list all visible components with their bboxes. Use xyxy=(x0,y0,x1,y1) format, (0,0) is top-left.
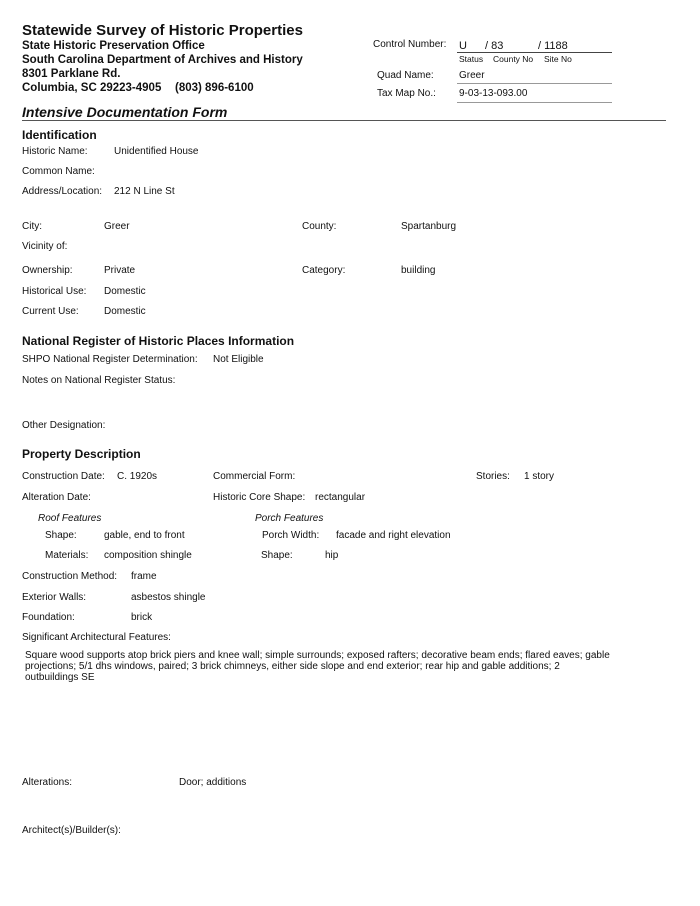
site-caption: Site No xyxy=(544,54,572,64)
roof-shape-label: Shape: xyxy=(45,530,77,541)
status-caption: Status xyxy=(459,54,483,64)
control-number-label: Control Number: xyxy=(373,39,446,50)
exterior-walls-label: Exterior Walls: xyxy=(22,592,86,603)
national-register-heading: National Register of Historic Places Inf… xyxy=(22,334,294,348)
stories-label: Stories: xyxy=(476,471,510,482)
exterior-walls-value: asbestos shingle xyxy=(131,592,206,603)
county-label: County: xyxy=(302,221,336,232)
title-divider xyxy=(22,120,666,121)
tax-map-label: Tax Map No.: xyxy=(377,88,436,99)
construction-date-label: Construction Date: xyxy=(22,471,105,482)
county-caption: County No xyxy=(493,54,533,64)
address-value: 212 N Line St xyxy=(114,186,175,197)
roof-features-heading: Roof Features xyxy=(38,513,101,524)
quad-name-label: Quad Name: xyxy=(377,70,434,81)
department-name: South Carolina Department of Archives an… xyxy=(22,53,303,67)
city-label: City: xyxy=(22,221,42,232)
control-status: U xyxy=(459,40,467,52)
county-value: Spartanburg xyxy=(401,221,456,232)
porch-width-label: Porch Width: xyxy=(262,530,319,541)
phone-number: (803) 896-6100 xyxy=(175,81,254,95)
control-number-underline xyxy=(457,52,612,53)
city-zip: Columbia, SC 29223-4905 xyxy=(22,81,161,95)
ownership-value: Private xyxy=(104,265,135,276)
porch-width-value: facade and right elevation xyxy=(336,530,451,541)
roof-materials-label: Materials: xyxy=(45,550,88,561)
tax-map-underline xyxy=(457,102,612,103)
foundation-value: brick xyxy=(131,612,152,623)
roof-materials-value: composition shingle xyxy=(104,550,192,561)
survey-title: Statewide Survey of Historic Properties xyxy=(22,22,303,39)
stories-value: 1 story xyxy=(524,471,554,482)
street-address: 8301 Parklane Rd. xyxy=(22,67,120,81)
identification-heading: Identification xyxy=(22,128,97,142)
city-value: Greer xyxy=(104,221,130,232)
quad-name-value: Greer xyxy=(459,70,485,81)
core-shape-value: rectangular xyxy=(315,492,365,503)
historical-use-label: Historical Use: xyxy=(22,286,86,297)
ownership-label: Ownership: xyxy=(22,265,73,276)
nr-notes-label: Notes on National Register Status: xyxy=(22,375,175,386)
address-label: Address/Location: xyxy=(22,186,102,197)
property-description-heading: Property Description xyxy=(22,447,141,461)
form-title: Intensive Documentation Form xyxy=(22,104,227,120)
alterations-label: Alterations: xyxy=(22,777,72,788)
significant-features-label: Significant Architectural Features: xyxy=(22,632,171,643)
current-use-label: Current Use: xyxy=(22,306,79,317)
category-value: building xyxy=(401,265,435,276)
construction-method-label: Construction Method: xyxy=(22,571,117,582)
nr-determination-label: SHPO National Register Determination: xyxy=(22,354,198,365)
roof-shape-value: gable, end to front xyxy=(104,530,185,541)
common-name-label: Common Name: xyxy=(22,166,95,177)
construction-date-value: C. 1920s xyxy=(117,471,157,482)
historical-use-value: Domestic xyxy=(104,286,146,297)
significant-features-text: Square wood supports atop brick piers an… xyxy=(25,650,615,683)
office-name: State Historic Preservation Office xyxy=(22,39,205,53)
current-use-value: Domestic xyxy=(104,306,146,317)
control-county-no: / 83 xyxy=(485,40,503,52)
nr-determination-value: Not Eligible xyxy=(213,354,264,365)
control-site-no: / 1188 xyxy=(538,40,568,52)
historic-name-label: Historic Name: xyxy=(22,146,88,157)
porch-shape-label: Shape: xyxy=(261,550,293,561)
tax-map-value: 9-03-13-093.00 xyxy=(459,88,527,99)
porch-shape-value: hip xyxy=(325,550,338,561)
vicinity-label: Vicinity of: xyxy=(22,241,67,252)
other-designation-label: Other Designation: xyxy=(22,420,105,431)
commercial-form-label: Commercial Form: xyxy=(213,471,295,482)
foundation-label: Foundation: xyxy=(22,612,75,623)
quad-name-underline xyxy=(457,83,612,84)
alterations-value: Door; additions xyxy=(179,777,246,788)
category-label: Category: xyxy=(302,265,345,276)
porch-features-heading: Porch Features xyxy=(255,513,323,524)
alteration-date-label: Alteration Date: xyxy=(22,492,91,503)
core-shape-label: Historic Core Shape: xyxy=(213,492,305,503)
historic-name-value: Unidentified House xyxy=(114,146,199,157)
architect-builder-label: Architect(s)/Builder(s): xyxy=(22,825,121,836)
construction-method-value: frame xyxy=(131,571,157,582)
